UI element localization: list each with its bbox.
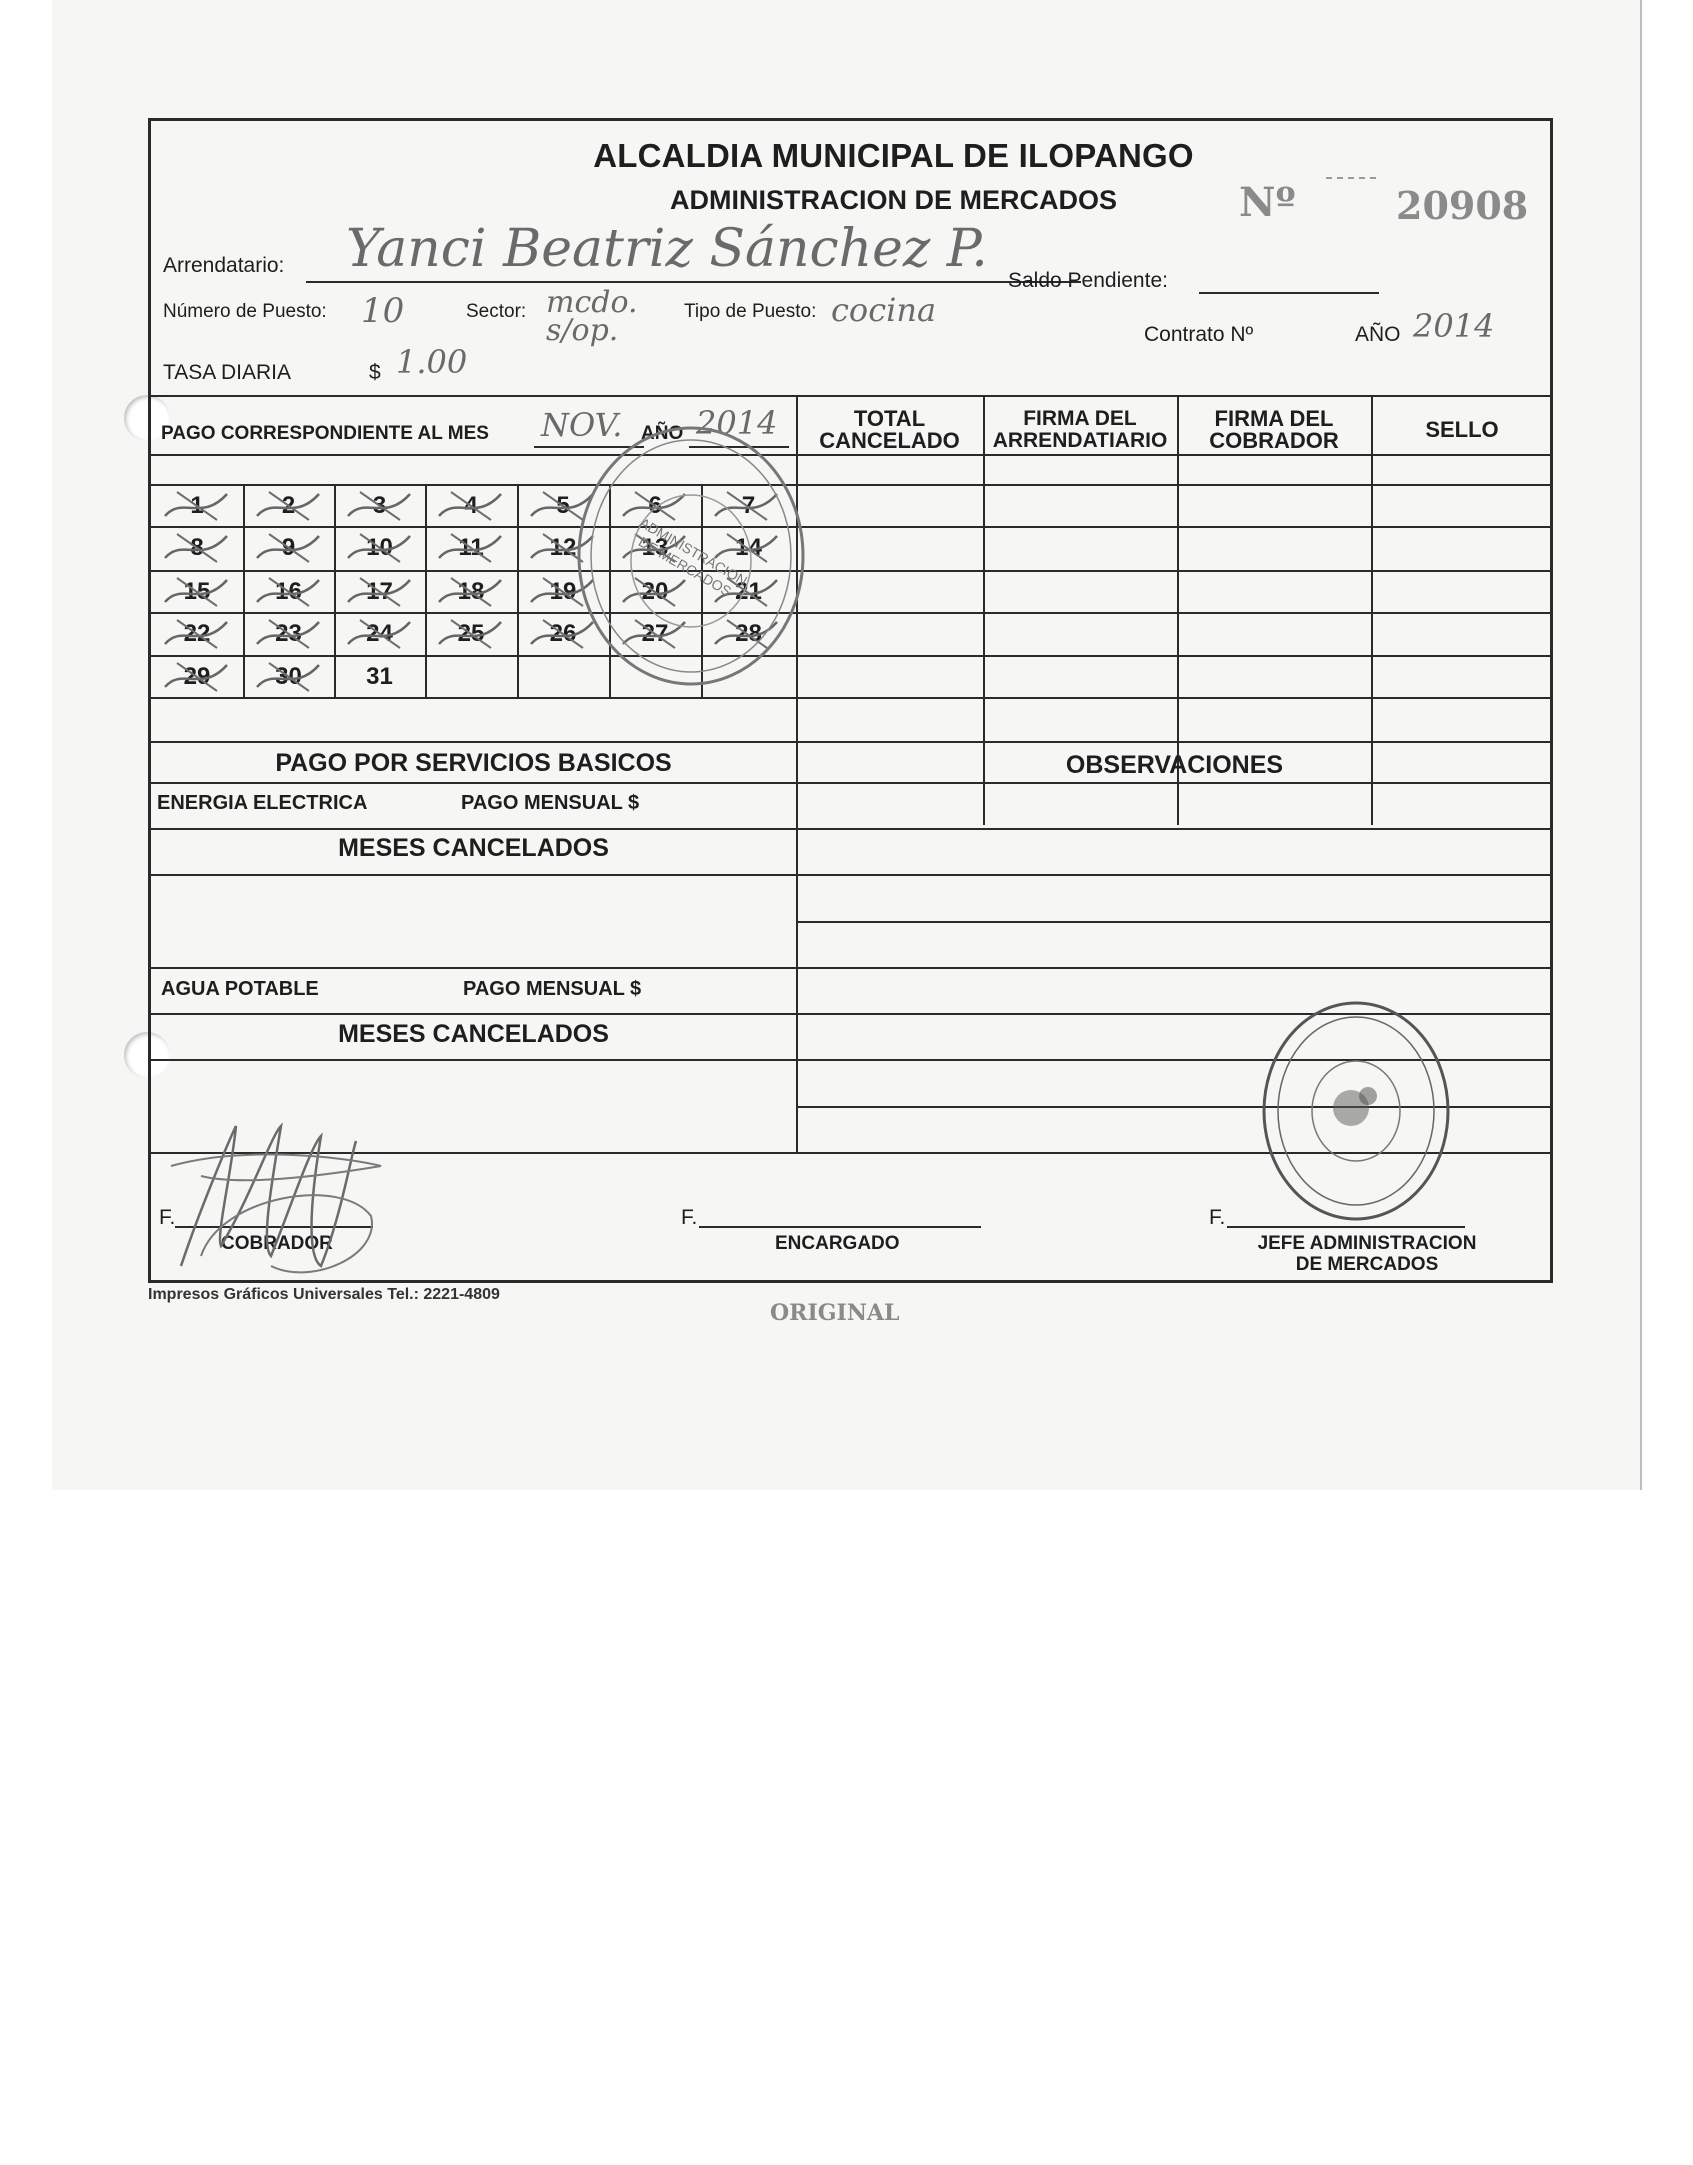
check-mark-icon: [431, 486, 511, 526]
check-mark-icon: [249, 657, 329, 697]
check-mark-icon: [157, 572, 237, 612]
divider: [151, 874, 1553, 876]
check-mark-icon: [431, 614, 511, 654]
form-title: ALCALDIA MUNICIPAL DE ILOPANGO: [151, 137, 1556, 175]
encargado-line: [699, 1226, 981, 1228]
jefe-label: JEFE ADMINISTRACION DE MERCADOS: [1251, 1233, 1483, 1275]
jefe-label-line2: DE MERCADOS: [1251, 1254, 1483, 1275]
tasa-value[interactable]: 1.00: [396, 343, 467, 381]
check-mark-icon: [249, 614, 329, 654]
divider: [151, 828, 1553, 830]
col-total-cancelado: TOTAL CANCELADO: [796, 408, 983, 452]
check-mark-icon: [249, 572, 329, 612]
col-sello: SELLO: [1371, 419, 1553, 441]
sector-label: Sector:: [466, 301, 526, 323]
check-mark-icon: [340, 528, 420, 568]
serial-dash: [1326, 177, 1376, 179]
day-cell[interactable]: 31: [334, 655, 425, 699]
check-mark-icon: [340, 614, 420, 654]
jefe-label-line1: JEFE ADMINISTRACION: [1251, 1233, 1483, 1254]
cobrador-signature-icon[interactable]: [161, 1116, 401, 1286]
agua-label: AGUA POTABLE: [161, 978, 319, 1001]
anio-label: AÑO: [1355, 323, 1401, 347]
divider: [151, 454, 1553, 456]
serial-number: 20908: [1396, 183, 1528, 228]
tipo-puesto-value[interactable]: cocina: [831, 291, 936, 329]
pago-mes-label: PAGO CORRESPONDIENTE AL MES: [161, 423, 489, 445]
encargado-label: ENCARGADO: [775, 1233, 900, 1255]
arrendatario-label: Arrendatario:: [163, 254, 284, 278]
check-mark-icon: [157, 657, 237, 697]
tipo-puesto-label: Tipo de Puesto:: [684, 301, 816, 323]
saldo-label: Saldo Pendiente:: [1008, 269, 1168, 293]
check-mark-icon: [249, 528, 329, 568]
tasa-label: TASA DIARIA: [163, 361, 291, 385]
jefe-f: F.: [1209, 1206, 1225, 1230]
arrendatario-line: [306, 281, 1081, 283]
check-mark-icon: [157, 528, 237, 568]
agua-pago-label: PAGO MENSUAL $: [463, 978, 641, 1001]
receipt-form: ALCALDIA MUNICIPAL DE ILOPANGO ADMINISTR…: [148, 118, 1553, 1283]
divider: [151, 967, 1553, 969]
section-divider: [796, 741, 798, 1154]
check-mark-icon: [431, 572, 511, 612]
printer-credit: Impresos Gráficos Universales Tel.: 2221…: [148, 1286, 500, 1304]
divider: [796, 921, 1553, 923]
arrendatario-value[interactable]: Yanci Beatriz Sánchez P.: [346, 219, 988, 279]
municipal-stamp-icon: ADMINISTRACION DE MERCADOS: [571, 421, 811, 691]
check-mark-icon: [157, 614, 237, 654]
admin-stamp-icon: [1256, 996, 1456, 1226]
serial-number-label: Nº: [1239, 179, 1296, 226]
services-header: PAGO POR SERVICIOS BASICOS: [151, 749, 796, 778]
check-mark-icon: [340, 486, 420, 526]
saldo-line: [1199, 292, 1379, 294]
agua-meses-label: MESES CANCELADOS: [151, 1020, 796, 1049]
anio-value[interactable]: 2014: [1413, 307, 1494, 345]
energia-label: ENERGIA ELECTRICA: [157, 792, 367, 815]
energia-meses-label: MESES CANCELADOS: [151, 834, 796, 863]
encargado-f: F.: [681, 1206, 697, 1230]
copy-label: ORIGINAL: [770, 1300, 899, 1326]
check-mark-icon: [157, 486, 237, 526]
col-firma-arrendatario: FIRMA DEL ARRENDATIARIO: [983, 408, 1177, 452]
jefe-line: [1227, 1226, 1465, 1228]
observaciones-header: OBSERVACIONES: [796, 751, 1553, 780]
energia-pago-label: PAGO MENSUAL $: [461, 792, 639, 815]
contrato-label: Contrato Nº: [1144, 323, 1253, 347]
check-mark-icon: [340, 572, 420, 612]
tasa-currency: $: [369, 361, 381, 385]
divider: [151, 741, 1553, 743]
puesto-value[interactable]: 10: [361, 291, 404, 331]
sector-value[interactable]: mcdo. s/op.: [546, 289, 656, 345]
check-mark-icon: [431, 528, 511, 568]
col-firma-cobrador: FIRMA DEL COBRADOR: [1177, 408, 1371, 452]
puesto-label: Número de Puesto:: [163, 301, 327, 323]
divider: [151, 395, 1553, 397]
form-subtitle: ADMINISTRACION DE MERCADOS: [151, 185, 1556, 216]
divider: [151, 782, 1553, 784]
check-mark-icon: [249, 486, 329, 526]
